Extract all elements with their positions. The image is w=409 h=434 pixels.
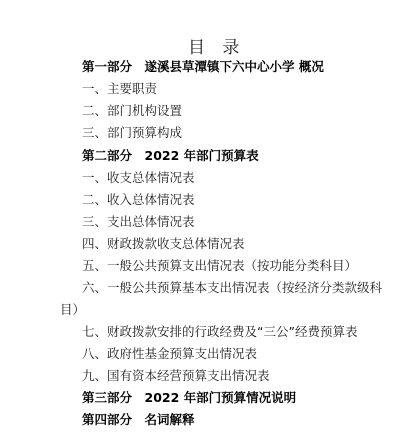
toc-item-2-2[interactable]: 二、收入总体情况表 [82, 192, 195, 208]
toc-part-1[interactable]: 第一部分 遂溪县草潭镇下六中心小学 概况 [82, 59, 324, 75]
toc-item-1-2[interactable]: 二、部门机构设置 [82, 103, 182, 119]
toc-item-2-6[interactable]: 六、一般公共预算基本支出情况表（按经济分类款级科 [82, 280, 382, 296]
toc-item-2-3[interactable]: 三、支出总体情况表 [82, 214, 195, 230]
toc-item-2-4[interactable]: 四、财政拨款收支总体情况表 [82, 236, 245, 252]
toc-item-1-3[interactable]: 三、部门预算构成 [82, 125, 182, 141]
toc-title-text: 目 录 [188, 33, 245, 58]
toc-item-2-8[interactable]: 八、政府性基金预算支出情况表 [82, 346, 257, 362]
toc-item-2-1[interactable]: 一、收支总体情况表 [82, 170, 195, 186]
toc-part-2[interactable]: 第二部分 2022 年部门预算表 [82, 148, 259, 164]
toc-item-2-5[interactable]: 五、一般公共预算支出情况表（按功能分类科目） [82, 258, 357, 274]
toc-item-2-9[interactable]: 九、国有资本经营预算支出情况表 [82, 368, 270, 384]
toc-part-3[interactable]: 第三部分 2022 年部门预算情况说明 [82, 390, 296, 406]
toc-item-2-6-continued[interactable]: 目） [60, 302, 85, 318]
toc-part-4[interactable]: 第四部分 名词解释 [82, 412, 195, 428]
toc-item-1-1[interactable]: 一、主要职责 [82, 81, 157, 97]
toc-item-2-7[interactable]: 七、财政拨款安排的行政经费及“三公”经费预算表 [82, 324, 357, 340]
